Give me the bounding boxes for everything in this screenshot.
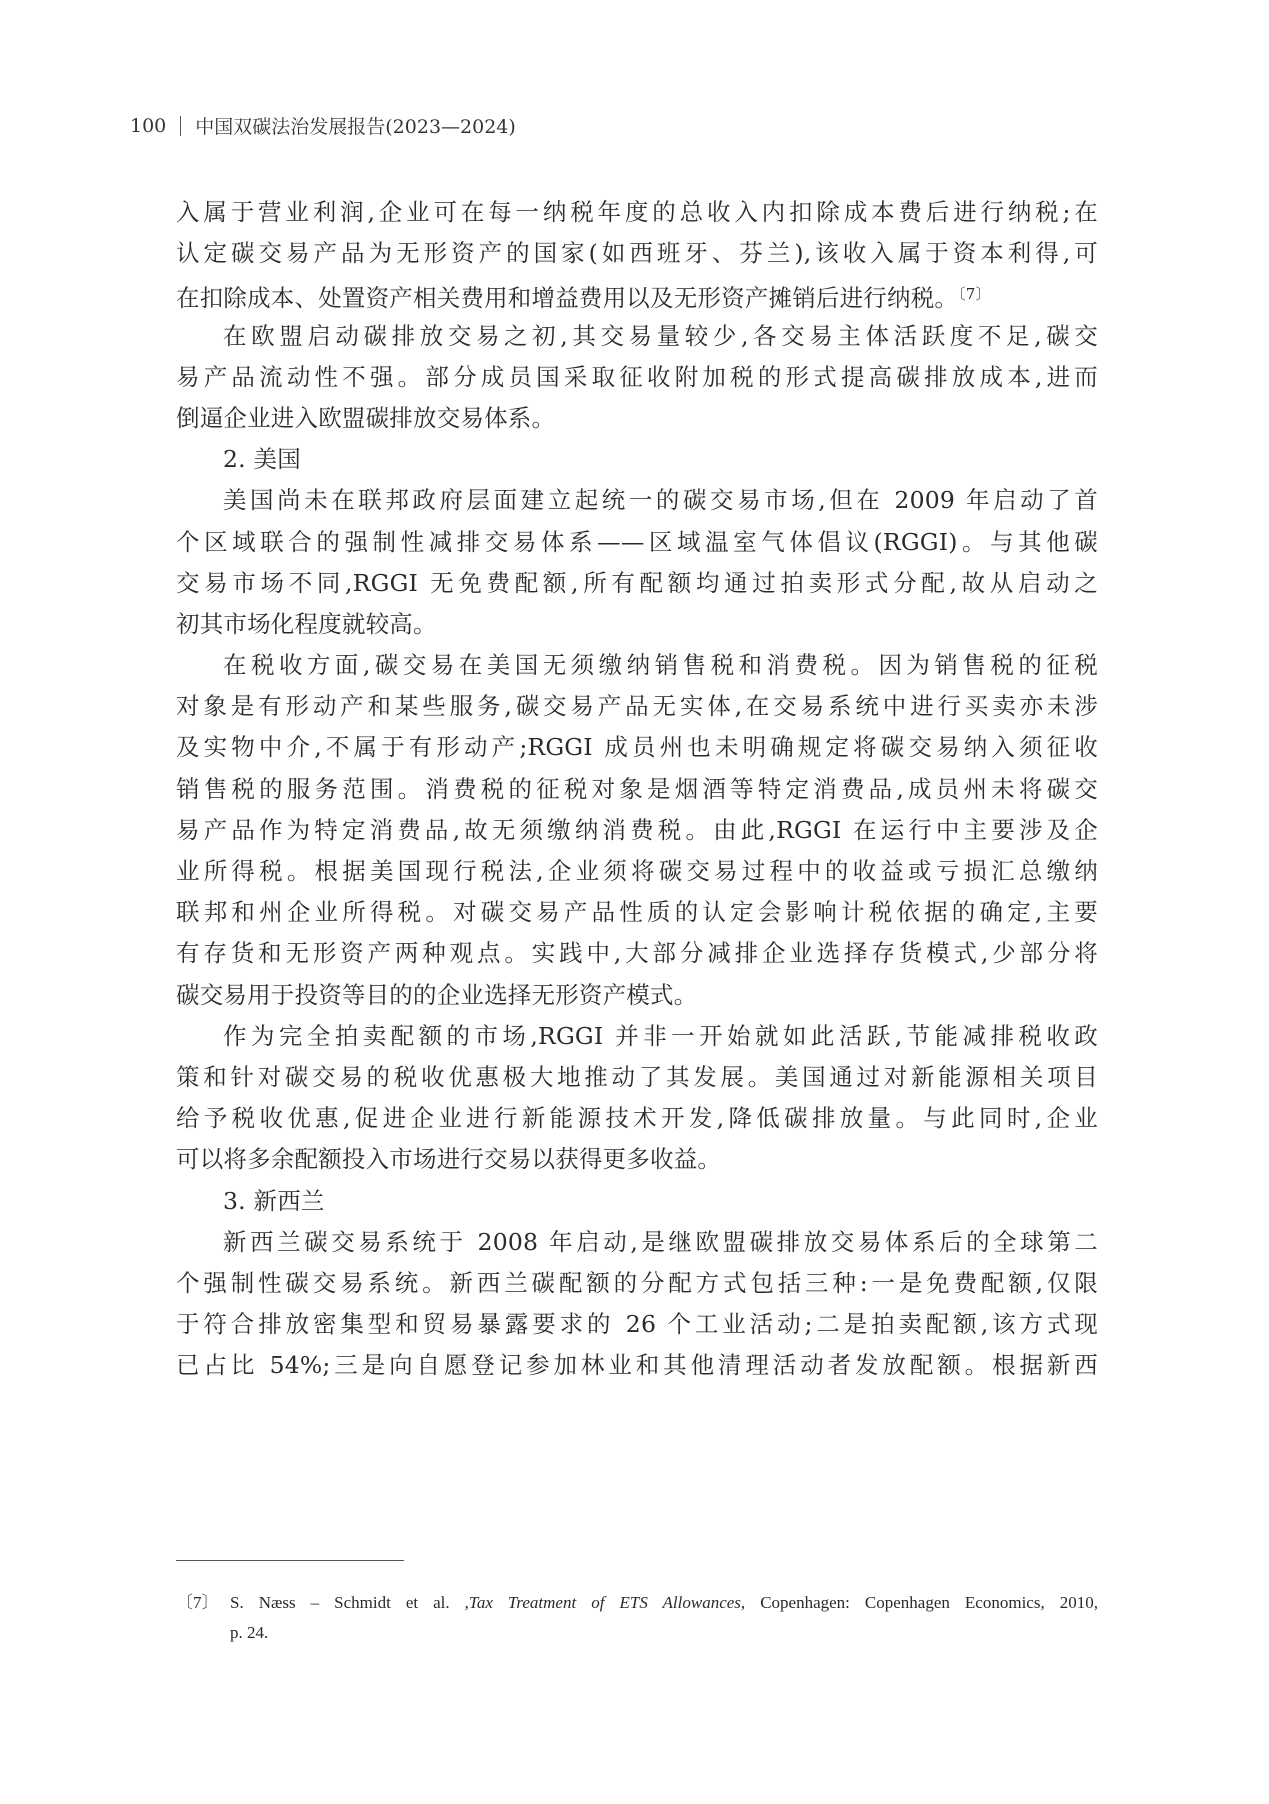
line-text: 倒逼企业进入欧盟碳排放交易体系。 [176,404,555,432]
text-line: 倒逼企业进入欧盟碳排放交易体系。 [176,398,1098,439]
line-text: 对象是有形动产和某些服务,碳交易产品无实体,在交易系统中进行买卖亦未涉 [176,692,1098,720]
line-text: 认定碳交易产品为无形资产的国家(如西班牙、芬兰),该收入属于资本利得,可 [176,239,1098,267]
line-text: 策和针对碳交易的税收优惠极大地推动了其发展。美国通过对新能源相关项目 [176,1063,1098,1091]
line-text: 个区域联合的强制性减排交易体系——区域温室气体倡议(RGGI)。与其他碳 [176,528,1098,556]
footnotes: 〔7〕S. Næss – Schmidt et al. ,Tax Treatme… [176,1588,1098,1648]
running-header: 100 中国双碳法治发展报告(2023—2024) [130,112,516,139]
text-line: 交易市场不同,RGGI 无免费配额,所有配额均通过拍卖形式分配,故从启动之 [176,563,1098,604]
line-text: 及实物中介,不属于有形动产;RGGI 成员州也未明确规定将碳交易纳入须征收 [176,733,1098,761]
line-text: 有存货和无形资产两种观点。实践中,大部分减排企业选择存货模式,少部分将 [176,939,1098,967]
citation-publisher: , Copenhagen: Copenhagen Economics, 2010… [741,1593,1098,1612]
footnote-rule [176,1560,404,1561]
footnote-ref[interactable]: 〔7〕 [958,285,991,303]
line-text: 初其市场化程度就较高。 [176,610,437,638]
footnote-number: 〔7〕 [176,1588,230,1648]
text-line: 于符合排放密集型和贸易暴露要求的 26 个工业活动;二是拍卖配额,该方式现 [176,1304,1098,1345]
text-line: 及实物中介,不属于有形动产;RGGI 成员州也未明确规定将碳交易纳入须征收 [176,727,1098,768]
line-text: 3. 新西兰 [223,1187,325,1215]
text-line: 在欧盟启动碳排放交易之初,其交易量较少,各交易主体活跃度不足,碳交 [176,316,1098,357]
line-text: 交易市场不同,RGGI 无免费配额,所有配额均通过拍卖形式分配,故从启动之 [176,569,1098,597]
line-text: 易产品流动性不强。部分成员国采取征收附加税的形式提高碳排放成本,进而 [176,363,1098,391]
line-text: 给予税收优惠,促进企业进行新能源技术开发,降低碳排放量。与此同时,企业 [176,1104,1098,1132]
text-line: 有存货和无形资产两种观点。实践中,大部分减排企业选择存货模式,少部分将 [176,933,1098,974]
text-line: 美国尚未在联邦政府层面建立起统一的碳交易市场,但在 2009 年启动了首 [176,480,1098,521]
line-text: 在欧盟启动碳排放交易之初,其交易量较少,各交易主体活跃度不足,碳交 [223,322,1098,350]
text-line: 在扣除成本、处置资产相关费用和增益费用以及无形资产摊销后进行纳税。〔7〕 [176,274,1098,315]
text-line: 入属于营业利润,企业可在每一纳税年度的总收入内扣除成本费后进行纳税;在 [176,192,1098,233]
line-text: 业所得税。根据美国现行税法,企业须将碳交易过程中的收益或亏损汇总缴纳 [176,857,1098,885]
line-text: 可以将多余配额投入市场进行交易以获得更多收益。 [176,1145,721,1173]
citation-authors: S. Næss – Schmidt et al. , [230,1593,469,1612]
text-line: 可以将多余配额投入市场进行交易以获得更多收益。 [176,1139,1098,1180]
line-text: 销售税的服务范围。消费税的征税对象是烟酒等特定消费品,成员州未将碳交 [176,775,1098,803]
line-text: 作为完全拍卖配额的市场,RGGI 并非一开始就如此活跃,节能减排税收政 [223,1022,1098,1050]
line-text: 易产品作为特定消费品,故无须缴纳消费税。由此,RGGI 在运行中主要涉及企 [176,816,1098,844]
section-heading: 3. 新西兰 [176,1181,1098,1222]
text-line: 策和针对碳交易的税收优惠极大地推动了其发展。美国通过对新能源相关项目 [176,1057,1098,1098]
body-text: 入属于营业利润,企业可在每一纳税年度的总收入内扣除成本费后进行纳税;在认定碳交易… [176,192,1098,1386]
line-text: 在扣除成本、处置资产相关费用和增益费用以及无形资产摊销后进行纳税。 [176,284,958,312]
text-line: 个区域联合的强制性减排交易体系——区域温室气体倡议(RGGI)。与其他碳 [176,522,1098,563]
text-line: 对象是有形动产和某些服务,碳交易产品无实体,在交易系统中进行买卖亦未涉 [176,686,1098,727]
line-text: 个强制性碳交易系统。新西兰碳配额的分配方式包括三种:一是免费配额,仅限 [176,1269,1098,1297]
line-text: 在税收方面,碳交易在美国无须缴纳销售税和消费税。因为销售税的征税 [223,651,1098,679]
text-line: 碳交易用于投资等目的的企业选择无形资产模式。 [176,975,1098,1016]
text-line: 易产品流动性不强。部分成员国采取征收附加税的形式提高碳排放成本,进而 [176,357,1098,398]
text-line: 销售税的服务范围。消费税的征税对象是烟酒等特定消费品,成员州未将碳交 [176,769,1098,810]
text-line: 个强制性碳交易系统。新西兰碳配额的分配方式包括三种:一是免费配额,仅限 [176,1263,1098,1304]
line-text: 已占比 54%;三是向自愿登记参加林业和其他清理活动者发放配额。根据新西 [176,1351,1098,1379]
page-number: 100 [130,115,166,137]
line-text: 新西兰碳交易系统于 2008 年启动,是继欧盟碳排放交易体系后的全球第二 [223,1228,1098,1256]
citation-page: p. 24. [230,1618,1098,1648]
line-text: 入属于营业利润,企业可在每一纳税年度的总收入内扣除成本费后进行纳税;在 [176,198,1098,226]
text-line: 初其市场化程度就较高。 [176,604,1098,645]
text-line: 业所得税。根据美国现行税法,企业须将碳交易过程中的收益或亏损汇总缴纳 [176,851,1098,892]
line-text: 美国尚未在联邦政府层面建立起统一的碳交易市场,但在 2009 年启动了首 [223,486,1098,514]
section-heading: 2. 美国 [176,439,1098,480]
citation-title: Tax Treatment of ETS Allowances [469,1593,741,1612]
text-line: 给予税收优惠,促进企业进行新能源技术开发,降低碳排放量。与此同时,企业 [176,1098,1098,1139]
text-line: 认定碳交易产品为无形资产的国家(如西班牙、芬兰),该收入属于资本利得,可 [176,233,1098,274]
line-text: 碳交易用于投资等目的的企业选择无形资产模式。 [176,981,697,1009]
line-text: 于符合排放密集型和贸易暴露要求的 26 个工业活动;二是拍卖配额,该方式现 [176,1310,1098,1338]
text-line: 已占比 54%;三是向自愿登记参加林业和其他清理活动者发放配额。根据新西 [176,1345,1098,1386]
text-line: 新西兰碳交易系统于 2008 年启动,是继欧盟碳排放交易体系后的全球第二 [176,1222,1098,1263]
text-line: 作为完全拍卖配额的市场,RGGI 并非一开始就如此活跃,节能减排税收政 [176,1016,1098,1057]
line-text: 联邦和州企业所得税。对碳交易产品性质的认定会影响计税依据的确定,主要 [176,898,1098,926]
text-line: 在税收方面,碳交易在美国无须缴纳销售税和消费税。因为销售税的征税 [176,645,1098,686]
footnote-text: S. Næss – Schmidt et al. ,Tax Treatment … [230,1588,1098,1648]
text-line: 联邦和州企业所得税。对碳交易产品性质的认定会影响计税依据的确定,主要 [176,892,1098,933]
header-separator [180,116,181,136]
line-text: 2. 美国 [223,445,301,473]
book-title: 中国双碳法治发展报告(2023—2024) [195,112,516,139]
text-line: 易产品作为特定消费品,故无须缴纳消费税。由此,RGGI 在运行中主要涉及企 [176,810,1098,851]
footnote-item: 〔7〕S. Næss – Schmidt et al. ,Tax Treatme… [176,1588,1098,1648]
